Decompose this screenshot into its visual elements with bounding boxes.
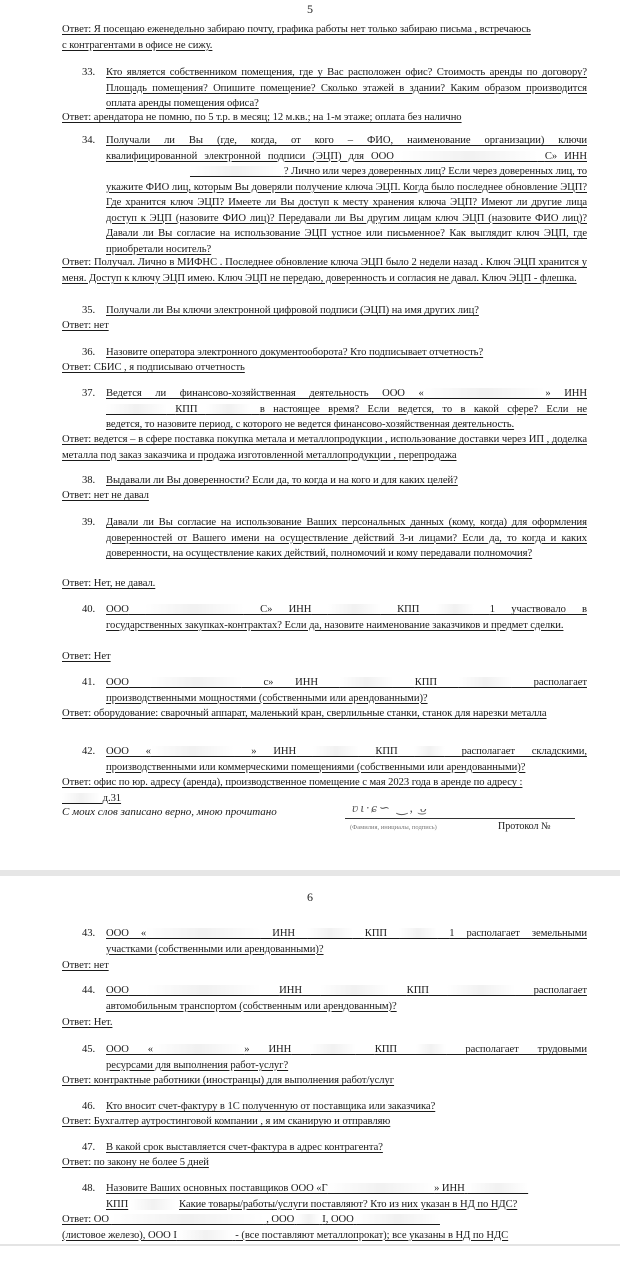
redacted-supplier: ХХХХХХХХХХХХХХХХХХХХ [112,1214,264,1225]
question-33: 33. Кто является собственником помещения… [82,65,587,112]
answer-42: Ответ: офис по юр. адресу (аренда), прои… [62,775,587,806]
redacted-inn: ХХХХХХХ [328,604,381,615]
page-number: 6 [0,890,620,905]
question-37: 37. Ведется ли финансово-хозяйственная д… [82,386,587,433]
answer-top: Ответ: Я посещаю еженедельно забираю поч… [62,22,587,53]
redacted-company: ХХХХХХХХХХХХХХ [328,1183,434,1194]
redacted-company: ХХХХХХХХХХХХХХХ [147,985,261,996]
redacted-supplier: ХХХХХХХ [179,1230,232,1241]
redacted-supplier: ХХХ [297,1214,320,1225]
answer-43: Ответ: нет [62,958,587,974]
redacted-kpp: ХХХХХХ [131,1199,177,1210]
question-34: 34. Получали ли Вы (где, когда, от кого … [82,133,587,257]
redacted-supplier: ХХХХХХХХХХХ [356,1214,440,1225]
signature-line [345,818,575,819]
redacted-kpp: ХХХХХ [436,604,474,615]
redacted-inn: ХХХХХХХХХ [320,985,388,996]
answer-44: Ответ: Нет. [62,1015,587,1031]
redacted-inn: ХХХХХХ [310,1044,356,1055]
redacted-company: ХХХХХХХХХХХХХ [145,604,244,615]
redacted-company: ХХХХХХХХХХХХ [151,677,242,688]
answer-41: Ответ: оборудование: сварочный аппарат, … [62,706,587,722]
redacted-kpp: ХХХХ [416,1044,446,1055]
redacted-inn: ХХХХХХХ [340,677,393,688]
answer-37: Ответ: ведется – в сфере поставка покупк… [62,432,587,463]
protocol-number: Протокол № [498,821,551,832]
redacted-kpp: ХХХХХХ [206,404,252,415]
blank-area [0,1246,620,1280]
question-47: 47. В какой срок выставляется счет-факту… [82,1140,587,1156]
question-41: 41. ООО ХХХХХХХХХХХХ с» ИНН ХХХХХХХ КПП … [82,675,587,706]
answer-45: Ответ: контрактные работники (иностранцы… [62,1073,587,1089]
redacted-company: ХХХХХХХХХХХХХХХХ [424,388,546,399]
redacted-inn: ХХХХХХХХ [106,404,167,415]
question-40: 40. ООО ХХХХХХХХХХХХХ С» ИНН ХХХХХХХ КПП… [82,602,587,633]
answer-47: Ответ: по закону не более 5 дней [62,1155,587,1171]
redacted-company: ХХХХХХХХХХХХХХХ [146,928,260,939]
question-35: 35. Получали ли Вы ключи электронной циф… [82,303,587,319]
question-46: 46. Кто вносит счет-фактуру в 1С получен… [82,1099,587,1115]
question-38: 38. Выдавали ли Вы доверенности? Если да… [82,473,587,489]
redacted-inn: ХХХХХХХХ [467,1183,528,1194]
certification-statement: С моих слов записано верно, мною прочита… [62,806,277,818]
redacted-address: ХХХХХ [62,793,100,804]
redacted-kpp: ХХХХХ [399,928,437,939]
page-number: 5 [0,2,620,17]
document-page-5: 5 Ответ: Я посещаю еженедельно забираю п… [0,0,620,870]
question-39: 39. Давали ли Вы согласие на использован… [82,515,587,562]
signature-caption: (Фамилия, инициалы, подпись) [350,824,437,831]
question-44: 44. ООО ХХХХХХХХХХХХХХХ ИНН ХХХХХХХХХ КП… [82,983,587,1014]
answer-36: Ответ: СБИС , я подписываю отчетность [62,360,587,376]
answer-33: Ответ: арендатора не помню, по 5 т.р. в … [62,110,587,126]
redacted-company: ХХХХХХХХХХХХ [153,1044,244,1055]
question-42: 42. ООО «ХХХХХХХХХХХ » ИНН ХХХХХХ КПП ХХ… [82,744,587,775]
question-45: 45. ООО «ХХХХХХХХХХХХ» ИНН ХХХХХХ КПП ХХ… [82,1042,587,1073]
answer-35: Ответ: нет [62,318,587,334]
question-48: 48. Назовите Ваших основных поставщиков … [82,1181,587,1212]
redacted-company: ХХХХХХХХХХХ [151,746,235,757]
document-page-6: 6 43. ООО «ХХХХХХХХХХХХХХХ ИНН ХХХХХХ КП… [0,876,620,1244]
question-43: 43. ООО «ХХХХХХХХХХХХХХХ ИНН ХХХХХХ КПП … [82,926,587,957]
answer-40: Ответ: Нет [62,649,587,665]
signature: ʋɩ·ɕ∽ ‿, ͜ᴗ [352,800,428,816]
question-36: 36. Назовите оператора электронного доку… [82,345,587,361]
answer-34: Ответ: Получал. Лично в МИФНС . Последне… [62,255,587,286]
redacted-inn: ХХХХХХ [307,928,353,939]
answer-38: Ответ: нет не давал [62,488,587,504]
answer-48: Ответ: ОО ХХХХХХХХХХХХХХХХХХХХ , ООО ХХХ… [62,1212,587,1243]
redacted-kpp: ХХХХ [414,746,444,757]
redacted-company: ХХХХХХХХХХХХХХХХХХ [401,151,538,162]
redacted-kpp: ХХХХХХХ [459,677,512,688]
redacted-inn: ХХХХХХ [313,746,359,757]
answer-46: Ответ: Бухгалтер аутростинговой компании… [62,1114,587,1130]
redacted-inn: ХХХХХХХХХХХХ [190,166,281,177]
answer-39: Ответ: Нет, не давал. [62,576,587,592]
redacted-kpp: ХХХХХХХХХ [447,985,515,996]
